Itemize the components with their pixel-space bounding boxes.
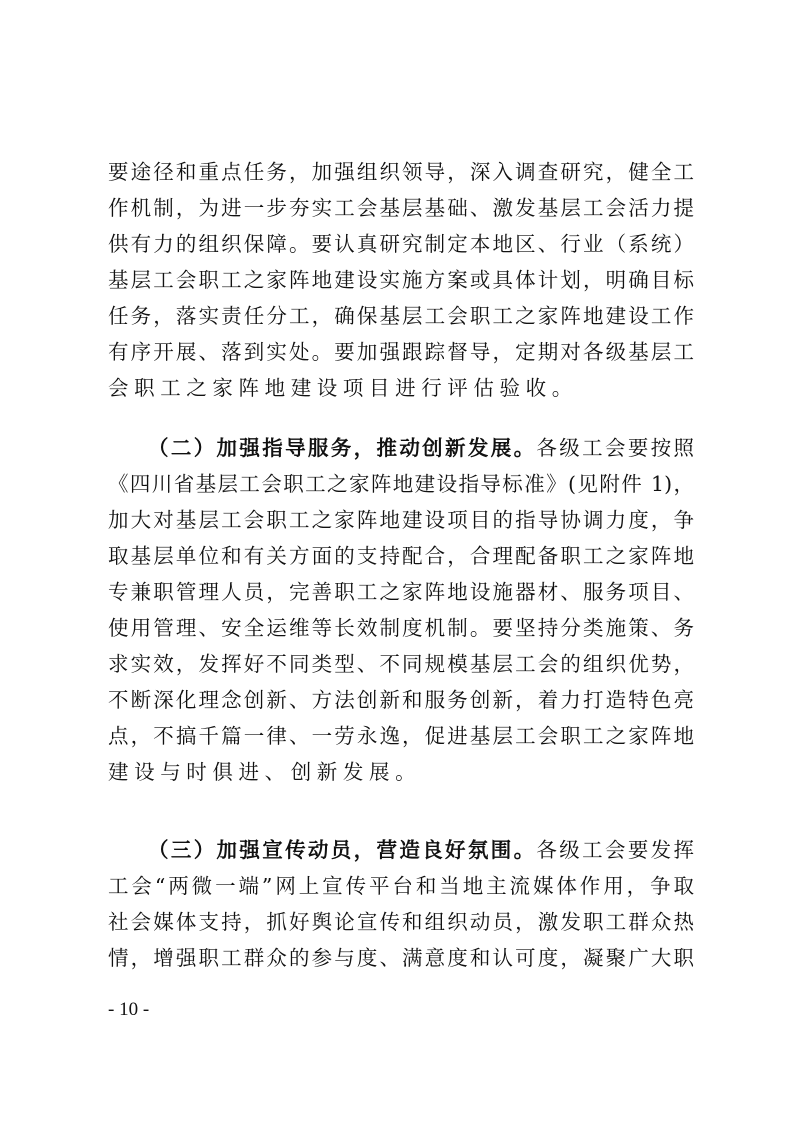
text-span: 各级工会要发挥 bbox=[536, 838, 694, 862]
text-line: 取基层单位和有关方面的支持配合，合理配备职工之家阵地 bbox=[108, 538, 694, 574]
text-line: 会职工之家阵地建设项目进行评估验收。 bbox=[108, 370, 694, 406]
text-line: 点，不搞千篇一律、一劳永逸，促进基层工会职工之家阵地 bbox=[108, 718, 694, 754]
text-line: 专兼职管理人员，完善职工之家阵地设施器材、服务项目、 bbox=[108, 574, 694, 610]
text-line: 建设与时俱进、创新发展。 bbox=[108, 754, 694, 790]
section-heading-line: （二）加强指导服务，推动创新发展。各级工会要按照 bbox=[148, 430, 694, 466]
section-heading-line: （三）加强宣传动员，营造良好氛围。各级工会要发挥 bbox=[148, 832, 694, 868]
text-line: 供有力的组织保障。要认真研究制定本地区、行业（系统） bbox=[108, 226, 694, 262]
text-line: 要途径和重点任务，加强组织领导，深入调查研究，健全工 bbox=[108, 154, 694, 190]
text-line: 任务，落实责任分工，确保基层工会职工之家阵地建设工作 bbox=[108, 298, 694, 334]
text-line: 作机制，为进一步夯实工会基层基础、激发基层工会活力提 bbox=[108, 190, 694, 226]
text-line: 基层工会职工之家阵地建设实施方案或具体计划，明确目标 bbox=[108, 262, 694, 298]
text-line: 有序开展、落到实处。要加强跟踪督导，定期对各级基层工 bbox=[108, 334, 694, 370]
page-number: - 10 - bbox=[108, 996, 149, 1024]
text-line: 使用管理、安全运维等长效制度机制。要坚持分类施策、务 bbox=[108, 610, 694, 646]
text-line: 社会媒体支持，抓好舆论宣传和组织动员，激发职工群众热 bbox=[108, 904, 694, 940]
text-line: 不断深化理念创新、方法创新和服务创新，着力打造特色亮 bbox=[108, 682, 694, 718]
text-line: 《四川省基层工会职工之家阵地建设指导标准》(见附件 1)， bbox=[108, 466, 694, 502]
text-line: 工会“两微一端”网上宣传平台和当地主流媒体作用，争取 bbox=[108, 868, 694, 904]
text-span: 各级工会要按照 bbox=[536, 436, 694, 460]
section-heading: （三）加强宣传动员，营造良好氛围。 bbox=[148, 838, 536, 862]
document-page: 要途径和重点任务，加强组织领导，深入调查研究，健全工 作机制，为进一步夯实工会基… bbox=[0, 0, 793, 1122]
text-line: 求实效，发挥好不同类型、不同规模基层工会的组织优势， bbox=[108, 646, 694, 682]
section-heading: （二）加强指导服务，推动创新发展。 bbox=[148, 436, 536, 460]
text-line: 加大对基层工会职工之家阵地建设项目的指导协调力度，争 bbox=[108, 502, 694, 538]
text-line: 情，增强职工群众的参与度、满意度和认可度，凝聚广大职 bbox=[108, 940, 694, 976]
